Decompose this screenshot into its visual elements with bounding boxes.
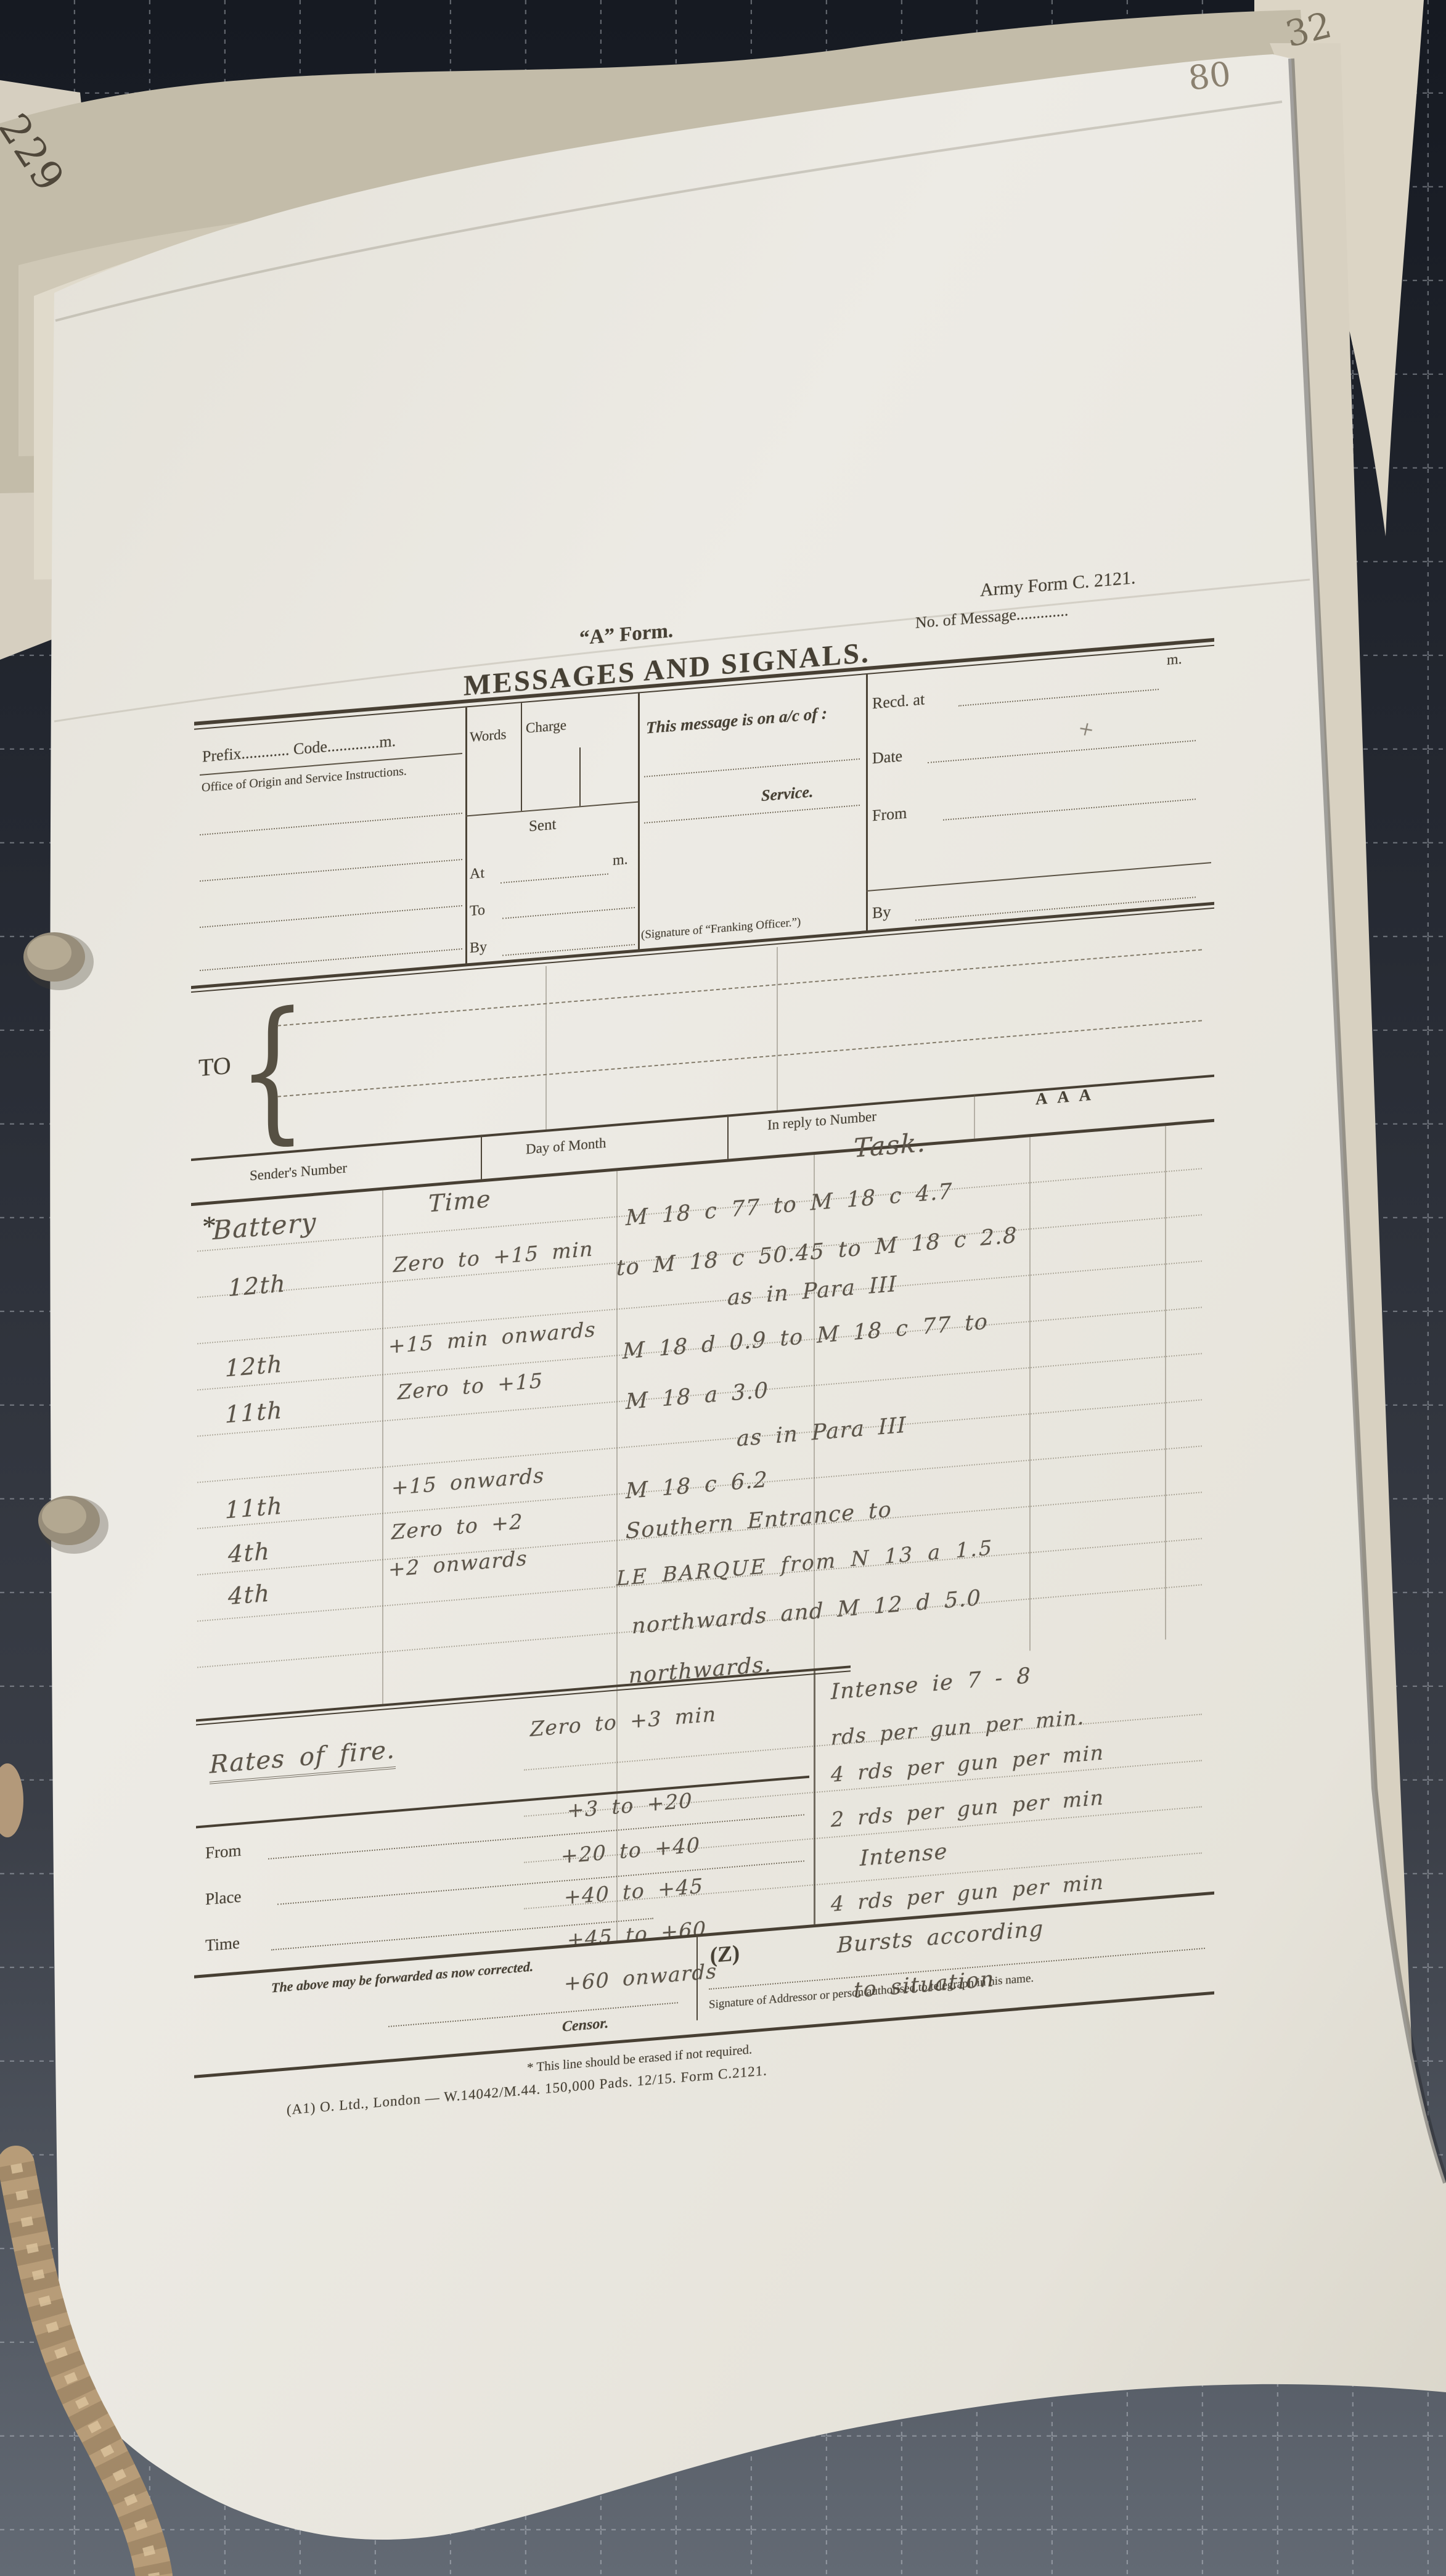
column-line <box>1029 1137 1031 1651</box>
sent-to-label: To <box>470 902 485 920</box>
column-line <box>382 1191 383 1704</box>
write-in-line <box>502 944 635 956</box>
hw-rate: 4 rds per gun per min <box>831 1869 1104 1916</box>
hw-rate-time: +60 onwards <box>564 1959 717 1995</box>
place-label: Place <box>205 1887 241 1909</box>
hw-rates-label: Rates of fire. <box>210 1736 396 1784</box>
service-label: Service. <box>761 782 813 805</box>
words-label: Words <box>470 726 506 745</box>
hw-time: Zero to +15 <box>398 1368 543 1404</box>
form-ref: Army Form C. 2121. <box>980 567 1136 601</box>
hw-battery: 12th <box>228 1270 286 1302</box>
hw-rate-time: Zero to +3 min <box>530 1702 716 1741</box>
write-in-line <box>644 758 860 777</box>
hw-time: +15 onwards <box>391 1463 545 1499</box>
sent-label: Sent <box>529 816 556 835</box>
recd-by-label: By <box>872 903 891 922</box>
to-brace: { <box>238 978 307 1163</box>
write-in-line <box>268 1814 804 1860</box>
address-line <box>277 1020 1202 1097</box>
table-line <box>696 1934 698 2020</box>
write-in-line <box>500 874 608 884</box>
rule <box>196 1670 851 1725</box>
write-in-line <box>200 813 462 835</box>
scanned-document-photo: 229 80 32 “A” Form. Army Form C. 2121. M… <box>0 0 1446 2576</box>
hw-task: northwards and M 12 d 5.0 <box>632 1586 981 1639</box>
a-form-label: “A” Form. <box>579 620 673 650</box>
from-label: From <box>205 1840 242 1863</box>
write-in-line <box>277 1860 804 1905</box>
table-line <box>866 675 868 930</box>
date-label: Date <box>872 747 902 768</box>
sent-at-label: At <box>470 865 484 883</box>
table-line <box>579 747 581 806</box>
column-line <box>777 947 778 1110</box>
table-line <box>974 1094 975 1139</box>
write-in-line <box>200 905 462 928</box>
hw-time: Zero to +2 <box>391 1509 523 1544</box>
table-line <box>638 693 640 949</box>
hw-battery: 12th <box>225 1350 283 1382</box>
hw-task: M 18 c 6.2 <box>626 1467 768 1504</box>
hw-rate-time: +20 to +40 <box>561 1832 700 1868</box>
sent-at-m: m. <box>613 851 628 869</box>
body-line <box>197 1399 1202 1483</box>
hw-task: as in Para III <box>737 1413 907 1452</box>
sent-by-label: By <box>470 939 487 957</box>
forward-note: The above may be forwarded as now correc… <box>271 1959 533 1996</box>
column-line <box>616 1171 618 1940</box>
write-in-line <box>958 689 1159 707</box>
no-of-message: No. of Message............. <box>915 601 1068 632</box>
rule <box>194 1991 1214 2078</box>
hw-task: to M 18 c 50.45 to M 18 c 2.8 <box>616 1223 1018 1281</box>
hw-header-battery: Battery <box>213 1207 317 1245</box>
hw-rate: Intense <box>860 1839 948 1871</box>
recd-at-label: Recd. at <box>872 690 925 713</box>
rates-column-line <box>814 1668 815 1924</box>
write-in-line <box>502 907 635 919</box>
hw-rate: Intense ie 7 - 8 <box>831 1663 1031 1705</box>
aaa-label: A A A <box>1035 1085 1095 1109</box>
office-of-origin-label: Office of Origin and Service Instruction… <box>202 764 407 795</box>
column-line <box>1165 1126 1166 1639</box>
table-line <box>727 1114 729 1159</box>
form-title: MESSAGES AND SIGNALS. <box>464 636 870 703</box>
rule <box>196 1776 809 1829</box>
rule <box>196 1665 851 1721</box>
hw-task: M 18 d 0.9 to M 18 c 77 to <box>623 1310 988 1364</box>
hw-task: Southern Entrance to <box>626 1498 892 1544</box>
line <box>465 802 638 817</box>
to-label: TO <box>198 1051 231 1082</box>
hw-header-time: Time <box>428 1185 491 1217</box>
z-symbol: (Z) <box>710 1940 740 1968</box>
hw-battery: 11th <box>225 1492 283 1524</box>
army-form-c2121: “A” Form. Army Form C. 2121. MESSAGES AN… <box>185 515 1227 2180</box>
hw-battery: 4th <box>228 1580 270 1610</box>
hw-task: M 18 a 3.0 <box>626 1378 769 1414</box>
hw-rate: rds per gun per min. <box>831 1705 1085 1750</box>
hw-battery: 11th <box>225 1397 283 1429</box>
table-line <box>521 703 522 811</box>
recd-from-label: From <box>872 804 907 826</box>
hw-task: LE BARQUE from N 13 a 1.5 <box>616 1535 994 1590</box>
hw-task: as in Para III <box>727 1272 897 1311</box>
recd-m: m. <box>1167 651 1182 669</box>
hw-battery: 4th <box>228 1538 270 1569</box>
charge-label: Charge <box>526 717 566 736</box>
hw-header-task: Task. <box>854 1127 926 1163</box>
write-in-line <box>943 798 1196 821</box>
column-line <box>814 1155 815 1668</box>
pencil-mark: + <box>1076 714 1097 745</box>
write-in-line <box>928 740 1196 763</box>
rule <box>191 908 1214 993</box>
day-of-month-label: Day of Month <box>526 1135 606 1158</box>
senders-number-label: Sender's Number <box>250 1160 347 1184</box>
acct-label: This message is on a/c of : <box>646 703 827 737</box>
write-in-line <box>388 2002 678 2027</box>
write-in-line <box>200 859 462 882</box>
hw-time: Zero to +15 min <box>393 1236 594 1277</box>
line <box>866 862 1211 892</box>
hw-rate: 2 rds per gun per min <box>831 1785 1104 1831</box>
column-line <box>545 966 547 1130</box>
hw-time: +2 onwards <box>388 1546 528 1581</box>
write-in-line <box>644 805 860 824</box>
censor-label: Censor. <box>562 2015 608 2035</box>
table-line <box>481 1134 482 1179</box>
folio-stamp: 80 <box>1186 54 1233 98</box>
hw-task: M 18 c 77 to M 18 c 4.7 <box>626 1179 953 1231</box>
address-line <box>277 949 1202 1026</box>
hw-time: +15 min onwards <box>388 1317 596 1358</box>
table-line <box>465 707 467 963</box>
time-label: Time <box>205 1934 240 1956</box>
